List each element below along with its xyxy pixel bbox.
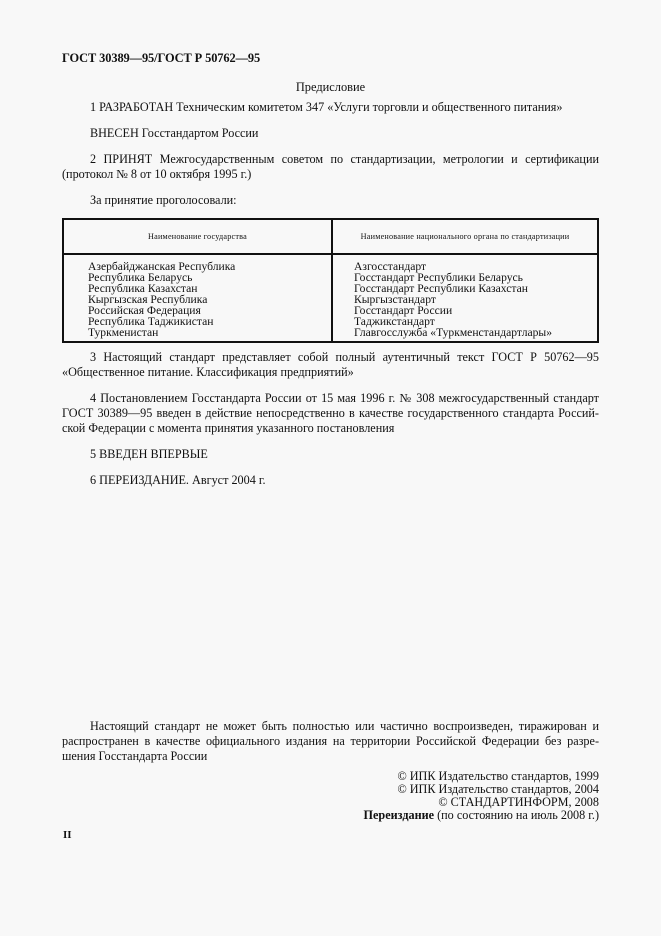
item-4-line2: ГОСТ 30389—95 введен в действие непосред… <box>62 406 599 421</box>
states-column: Азербайджанская Республика Республика Бе… <box>63 254 332 342</box>
item-1: 1 РАЗРАБОТАН Техническим комитетом 347 «… <box>90 100 627 115</box>
item-3-line2: «Общественное питание. Классификация пре… <box>62 365 599 380</box>
reissue-note: Переиздание (по состоянию на июль 2008 г… <box>364 809 599 823</box>
item-3-line1: 3 Настоящий стандарт представляет собой … <box>90 350 599 365</box>
item-6: 6 ПЕРЕИЗДАНИЕ. Август 2004 г. <box>90 473 627 488</box>
table-header-state: Наименование государства <box>63 219 332 254</box>
table-header-body: Наименование национального органа по ста… <box>332 219 598 254</box>
notice-line3: шения Госстандарта России <box>62 749 599 764</box>
item-4-line1: 4 Постановлением Госстандарта России от … <box>90 391 599 406</box>
item-2-line1: 2 ПРИНЯТ Межгосударственным советом по с… <box>90 152 599 167</box>
document-header: ГОСТ 30389—95/ГОСТ Р 50762—95 <box>62 51 260 66</box>
item-introduced: ВНЕСЕН Госстандартом России <box>90 126 627 141</box>
section-title: Предисловие <box>0 80 661 95</box>
reissue-label: Переиздание <box>364 808 435 822</box>
item-4-line3: ской Федерации с момента принятия указан… <box>62 421 599 436</box>
voted-label: За принятие проголосовали: <box>90 193 627 208</box>
page-number: II <box>63 829 72 841</box>
notice-line1: Настоящий стандарт не может быть полност… <box>90 719 599 734</box>
reissue-date: (по состоянию на июль 2008 г.) <box>434 808 599 822</box>
bodies-column: Азгосстандарт Госстандарт Республики Бел… <box>332 254 598 342</box>
table-cell: Главгосслужба «Туркменстандартлары» <box>354 327 597 338</box>
table-cell: Туркменистан <box>88 327 331 338</box>
notice-line2: распространен в качестве официального из… <box>62 734 599 749</box>
item-2-line2: (протокол № 8 от 10 октября 1995 г.) <box>62 167 599 182</box>
item-5: 5 ВВЕДЕН ВПЕРВЫЕ <box>90 447 627 462</box>
voting-table: Наименование государства Наименование на… <box>62 218 599 343</box>
